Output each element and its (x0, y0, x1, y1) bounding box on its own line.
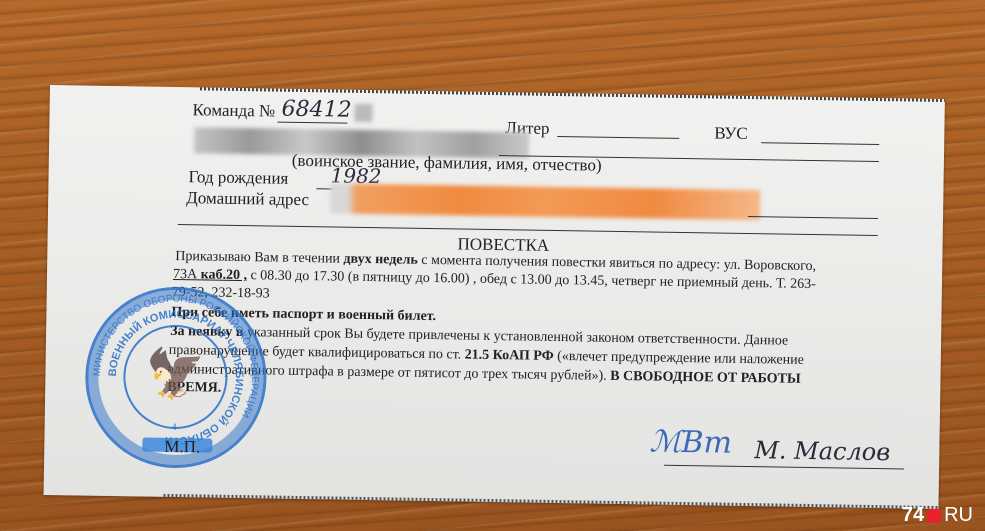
address-underline (748, 216, 878, 219)
redacted-address (330, 183, 760, 220)
birth-year-label: Год рождения (188, 167, 288, 189)
vus-label: ВУС (714, 123, 748, 144)
red-square-icon (927, 509, 941, 523)
vus-field (761, 142, 879, 145)
signature-scribble: ℳВт (649, 424, 732, 460)
redaction-blur (354, 104, 372, 122)
watermark-suffix: RU (944, 504, 973, 527)
komanda-underline (277, 122, 347, 124)
site-watermark: 74 RU (902, 504, 973, 527)
summons-sheet: Команда № 68412 Литер ВУС (воинское зван… (44, 85, 945, 509)
double-headed-eagle-icon: 🦅 (125, 344, 226, 403)
stamp-number: 4 (172, 422, 177, 433)
address-underline-2 (178, 224, 878, 236)
signatory-name: М. Маслов (754, 436, 890, 466)
address-label: Домашний адрес (186, 188, 309, 210)
watermark-number: 74 (902, 504, 924, 527)
liter-field (557, 136, 679, 139)
mp-label: М.П. (164, 437, 200, 458)
komanda-label: Команда № (192, 100, 275, 121)
photo: Команда № 68412 Литер ВУС (воинское зван… (0, 0, 985, 531)
komanda-value: 68412 (281, 97, 351, 123)
perforation-bottom (164, 494, 939, 509)
